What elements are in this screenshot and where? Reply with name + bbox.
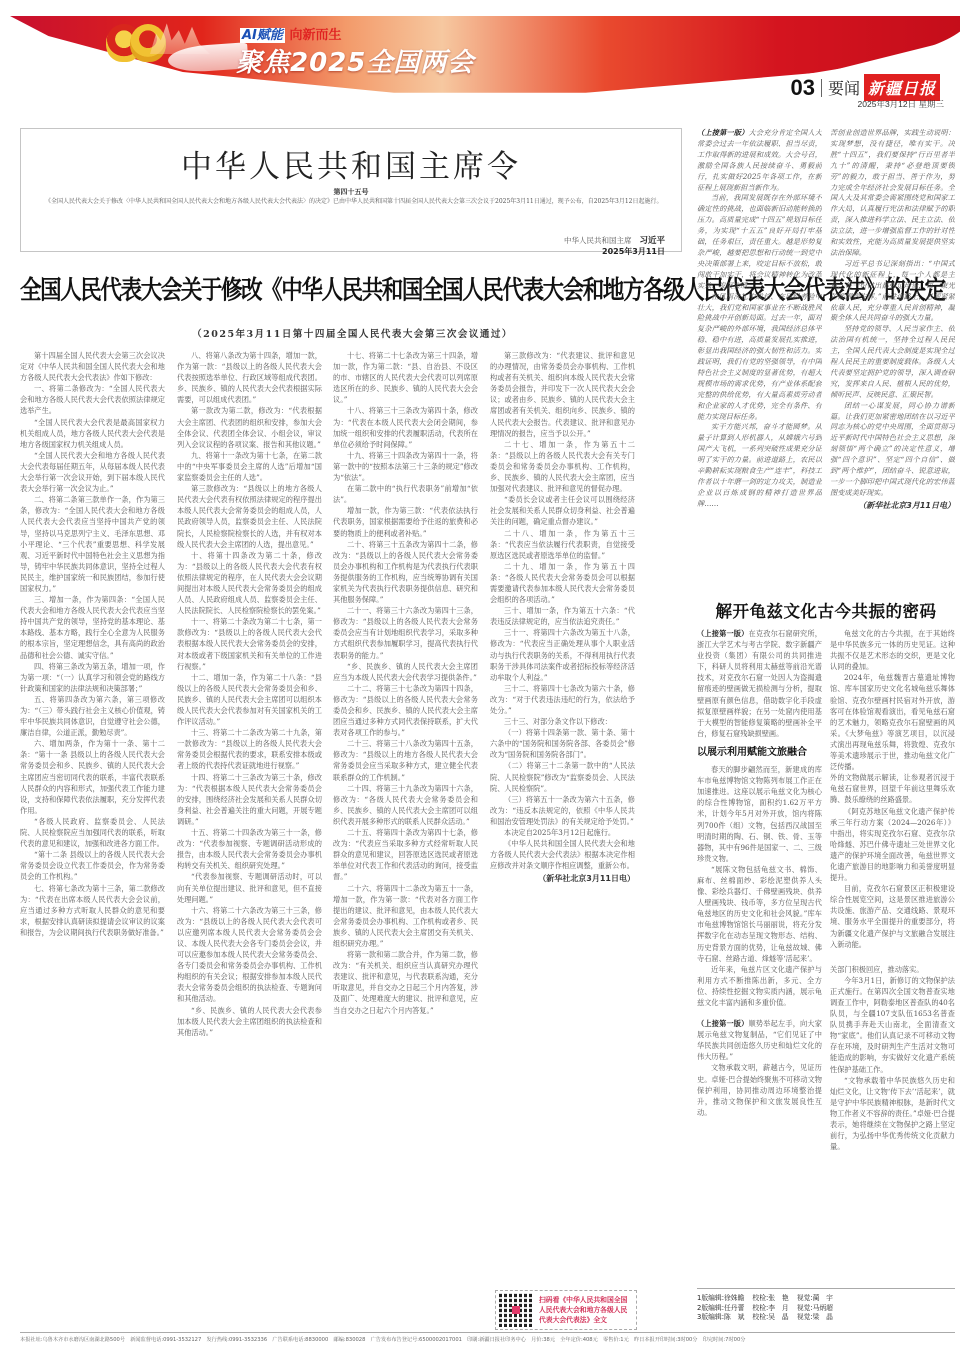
continued-from-label: （上接第一版） xyxy=(697,128,749,137)
qr-notice-box[interactable]: 扫码看《中华人民共和国全国人民代表大会和地方各级人民代表大会代表法》全文 xyxy=(495,1290,637,1330)
paragraph: 2024年，龟兹魏晋古墓遗址博物馆、库车国家历史文化名城龟兹乐舞体验馆、克孜尔壁… xyxy=(830,672,955,772)
paragraph: 龟兹文化的古今共振，在于其始终是中华民族多元一体的历史见证。这种共振不仅是艺术形… xyxy=(830,628,955,672)
qiuci-article-headline: 解开龟兹文化古今共振的密码 xyxy=(697,598,955,622)
paragraph: 外的文物做展示解读，让参观者沉浸于龟兹石窟世界，回望千年前这里舞乐欢腾、鼓乐缭绕… xyxy=(830,772,955,805)
paragraph: 十、将第十四条改为第二十条，修改为：“县级以上的各级人民代表大会代表有权依照法律… xyxy=(177,550,322,617)
paragraph: 实干方能兴邦，奋斗才能圆梦。从量子计算到人形机器人，从嫦娥六号到国产大飞机，一系… xyxy=(697,422,822,509)
editor-credits: 1版编辑:徐姝瞻 校检:张 艳 视觉:蔺 宇 2版编辑:任丹蕾 校检:李 月 视… xyxy=(697,1294,955,1323)
paragraph: 十八、将第三十三条改为第四十条，修改为：“代表在本级人民代表大会闭会期间，参加统… xyxy=(333,405,478,449)
paragraph: 第三款修改为：“县级以上的地方各级人民代表大会代表有权依照法律规定的程序提出本级… xyxy=(177,483,322,550)
proofreader: 校检:李 月 xyxy=(752,1304,788,1314)
credit-row: 1版编辑:徐姝瞻 校检:张 艳 视觉:蔺 宇 xyxy=(697,1294,955,1304)
paragraph: （二）将第三十二条第一款中的“人民法院、人民检察院”修改为“监察委员会、人民法院… xyxy=(490,760,635,793)
signer-name: 习近平 xyxy=(639,236,665,246)
section-divider xyxy=(821,79,822,97)
paragraph: 《阿克苏地区龟兹文化遗产保护传承三年行动方案（2024—2026年）》中指出，将… xyxy=(830,806,955,884)
section-name: 要闻 xyxy=(828,76,860,99)
order-signature: 中华人民共和国主席习近平 xyxy=(564,234,665,246)
qiuci-column-1: （上接第一版）在克孜尔石窟研究所，浙江大学艺术与考古学院、数字新疆产业投资（集团… xyxy=(697,628,822,1278)
paragraph: “文物承载着中华民族悠久历史和灿烂文化，让文物‘传下去’‘活起来’，就是守护中华… xyxy=(830,1075,955,1153)
paragraph: 当前，我国发展既存在外部环境不确定性的挑战，也面临新旧动能转换的压力。高质量完成… xyxy=(697,193,822,291)
paragraph: （上接第一版）大会充分肯定全国人大常委会过去一年依法履职、担当尽责，工作取得新的… xyxy=(697,128,822,193)
paragraph: 二十九、增加一条，作为第五十四条：“各级人民代表大会常务委员会可以根据需要邀请代… xyxy=(490,561,635,605)
footer-divider xyxy=(20,1332,955,1333)
paragraph: 二十六、将第四十二条改为第五十一条，增加一款，作为第一款：“代表对各方面工作提出… xyxy=(333,883,478,950)
paragraph: 十七、将第二十七条改为第三十四条，增加一款，作为第二款：“县、自治县、不设区的市… xyxy=(333,350,478,405)
paragraph: 十四、将第二十三条改为第三十条，修改为：“代表根据本级人民代表大会常务委员会的安… xyxy=(177,772,322,827)
order-date: 2025年3月11日 xyxy=(602,246,665,257)
paragraph: 三十二、将第四十七条改为第六十条，修改为：“对于代表违法违纪的行为，依法给予处分… xyxy=(490,683,635,716)
paragraph: 二十五、将第四十条改为第四十七条，修改为：“代表应当采取多种方式经常听取人民群众… xyxy=(333,827,478,882)
proofreader: 校检:吴 晶 xyxy=(752,1313,788,1323)
paragraph: 第一款改为第二款，修改为：“代表根据大会主席团、代表团的组织和安排，参加大会全体… xyxy=(177,405,322,449)
paragraph: 三、增加一条，作为第四条：“全国人民代表大会和地方各级人民代表大会代表应当坚持中… xyxy=(20,594,165,661)
commentary-dateline: （新华社北京3月11日电） xyxy=(830,501,955,512)
decision-headline: 全国人民代表大会关于修改《中华人民共和国全国人民代表大会和地方各级人民代表大会代… xyxy=(20,270,685,307)
paragraph: “全国人民代表大会代表是最高国家权力机关组成人员，地方各级人民代表大会代表是地方… xyxy=(20,417,165,450)
paragraph: “第十二条 县级以上的各级人民代表大会常务委员会设立代表工作委员会，作为常务委员… xyxy=(20,849,165,882)
paragraph: 十六、将第二十六条改为第三十三条，修改为：“县级以上的各级人民代表大会代表可以应… xyxy=(177,905,322,1005)
slogan-text: 向新而生 xyxy=(289,28,341,43)
paragraph: “全国人民代表大会和地方各级人民代表大会代表每届任期五年，从每届本级人民代表大会… xyxy=(20,450,165,494)
paragraph: 二十四、将第三十九条改为第四十六条，修改为：“各级人民代表大会常务委员会和乡、民… xyxy=(333,783,478,827)
decision-column-3: 十七、将第二十七条改为第三十四条，增加一款，作为第二款：“县、自治县、不设区的市… xyxy=(333,350,478,1335)
paragraph: “乡、民族乡、镇的人民代表大会代表参加本级人民代表大会主席团组织的执法检查和其他… xyxy=(177,1005,322,1038)
qiuci-subheading: 以展示利用赋能文旅融合 xyxy=(697,747,822,758)
decision-column-2: 八、将第八条改为第十四条，增加一款，作为第一款：“县级以上的各级人民代表大会代表… xyxy=(177,350,322,1335)
paragraph: 团结一心谋发展，同心协力谱新篇。让我们更加紧密地团结在以习近平同志为核心的党中央… xyxy=(830,401,955,499)
qr-notice-text: 扫码看《中华人民共和国全国人民代表大会和地方各级人民代表大会代表法》全文 xyxy=(539,1295,633,1325)
signer-title: 中华人民共和国主席 xyxy=(564,236,632,245)
paragraph: 十五、将第二十四条改为第三十一条，修改为：“代表参加视察、专题调研活动形成的报告… xyxy=(177,827,322,871)
paragraph: 四、将第三条改为第五条，增加一项，作为第一项：“（一）认真学习和领会党的路线方针… xyxy=(20,661,165,694)
paragraph: 关部门积极回应，推动落实。 xyxy=(830,964,955,975)
order-title: 中华人民共和国主席令 xyxy=(21,141,681,186)
continued-from-label: （上接第一版） xyxy=(697,629,749,638)
paragraph: 九、将第十一条改为第十七条，在第二款中的“中央军事委员会主席的人选”后增加“国家… xyxy=(177,450,322,483)
paragraph: 习近平总书记深刻指出：“中国式现代化的新征程上，每一个人都是主角，每一份付出都弥… xyxy=(830,259,955,324)
paragraph: 二十一、将第三十六条改为第四十三条，修改为：“县级以上的各级人民代表大会常务委员… xyxy=(333,605,478,660)
paragraph: 第十四届全国人民代表大会第三次会议决定对《中华人民共和国全国人民代表大会和地方各… xyxy=(20,350,165,383)
commentary-column-2: 苦创业创造世界品牌，实践生动说明：实现梦想，没有捷径，唯有实干。决胜“十四五”，… xyxy=(830,128,955,598)
editor: 1版编辑:徐姝瞻 xyxy=(697,1294,744,1304)
paragraph: 文物承载文明，薪越古今，见证历史。卓娅·巴合提始终聚焦不可移动文物保护利用，协同… xyxy=(697,1062,822,1117)
qr-code-icon[interactable] xyxy=(499,1293,533,1327)
paragraph: 二十七、增加一条，作为第五十二条：“县级以上的各级人民代表大会有关专门委员会和常… xyxy=(490,439,635,494)
paragraph: （三）将第五十一条改为第六十五条，修改为：“违反本法规定的，依照《中华人民共和国… xyxy=(490,794,635,827)
paragraph: 二十八、增加一条，作为第五十三条：“代表应当依法履行代表职责，自觉接受原选区选民… xyxy=(490,528,635,561)
page-meta: 03 要闻 新疆日报 xyxy=(790,74,940,101)
paragraph: （一）将第十四条第一款、第十条、第十六条中的“国务院和国务院各部、各委员会”修改… xyxy=(490,727,635,760)
decision-subtitle: （2025年3月11日第十四届全国人民代表大会第三次会议通过） xyxy=(20,326,685,340)
commentary-column-1: （上接第一版）大会充分肯定全国人大常委会过去一年依法履职、担当尽责，工作取得新的… xyxy=(697,128,822,598)
banner-slogan: AI赋能 向新而生 xyxy=(240,24,341,43)
proofreader: 校检:张 艳 xyxy=(752,1294,788,1304)
paragraph: 今年3月1日，新修订的文物保护法正式施行。在第四次全国文物普查实地调查工作中，阿… xyxy=(830,975,955,1075)
paragraph: 五、将第四条改为第六条，第三项修改为：“（三）带头践行社会主义核心价值观，铸牢中… xyxy=(20,694,165,738)
paragraph: 八、将第八条改为第十四条，增加一款，作为第一款：“县级以上的各级人民代表大会代表… xyxy=(177,350,322,405)
visual-designer: 视觉:马炳超 xyxy=(797,1304,833,1314)
paragraph: 十九、将第三十四条改为第四十一条，将第一款中的“按照本法第三十三条的规定”修改为… xyxy=(333,450,478,483)
paragraph: 二十三、将第三十八条改为第四十五条，修改为：“县级以上的地方各级人民代表大会常务… xyxy=(333,738,478,782)
paragraph: （上接第一版）顺势举起左手，向大家展示龟兹文物复制品，“它们见证了中华民族共同创… xyxy=(697,1018,822,1062)
paragraph: 二、将第二条第三款单作一条，作为第三条，修改为：“全国人民代表大会和地方各级人民… xyxy=(20,494,165,594)
paragraph: 《中华人民共和国全国人民代表大会和地方各级人民代表大会代表法》根据本决定作相应修… xyxy=(490,838,635,871)
decision-dateline: （新华社北京3月11日电） xyxy=(490,873,635,884)
paragraph: 增加一款，作为第三款：“代表依法执行代表职务，国家根据需要给予往返的旅费和必要的… xyxy=(333,505,478,538)
paragraph: 二十、将第三十五条改为第四十二条，修改为：“县级以上的各级人民代表大会常务委员会… xyxy=(333,539,478,606)
editor: 2版编辑:任丹蕾 xyxy=(697,1304,744,1314)
paragraph: 十二、增加一条，作为第二十八条：“县级以上的各级人民代表大会常务委员会和乡、民族… xyxy=(177,672,322,727)
paragraph: 坚持党的领导、人民当家作主、依法治国有机统一，坚持全过程人民民主，全国人民代表大… xyxy=(830,324,955,400)
order-number: 第四十五号 xyxy=(21,187,681,197)
issue-date: 2025年3月12日 星期三 xyxy=(858,98,944,110)
paragraph: 二十二、将第三十七条改为第四十四条，修改为：“县级以上的各级人民代表大会常务委员… xyxy=(333,683,478,738)
editor: 3版编辑:陈 斌 xyxy=(697,1313,744,1323)
paragraph: “各级人民政府、监察委员会、人民法院、人民检察院应当加强同代表的联系，听取代表的… xyxy=(20,816,165,849)
order-body: 《全国人民代表大会关于修改〈中华人民共和国全国人民代表大会和地方各级人民代表大会… xyxy=(33,197,669,206)
paragraph: “乡、民族乡、镇的人民代表大会主席团应当为本级人民代表大会代表学习提供条件。” xyxy=(333,661,478,683)
paragraph: 在风雨洗礼中成长、在历经考验中壮大，我们党和国家事业在不断战胜风险挑战中开创新局… xyxy=(697,292,822,423)
paragraph: （上接第一版）在克孜尔石窟研究所，浙江大学艺术与考古学院、数字新疆产业投资（集团… xyxy=(697,628,822,739)
paragraph: “代表参加视察、专题调研活动时，可以向有关单位提出建议、批评和意见，但不直接处理… xyxy=(177,871,322,904)
page-number: 03 xyxy=(790,75,814,101)
paragraph: 目前，克孜尔石窟景区正积极建设综合性展览空间，这是景区推进旅游公共设施、旅游产品… xyxy=(830,883,955,950)
paragraph: 苦创业创造世界品牌，实践生动说明：实现梦想，没有捷径，唯有实干。决胜“十四五”，… xyxy=(830,128,955,259)
paragraph: 六、增加两条，作为第十一条、第十二条：“第十一条 县级以上的各级人民代表大会常务… xyxy=(20,738,165,816)
continued-from-label: （上接第一版） xyxy=(697,1019,749,1028)
paragraph: 十一、将第二十条改为第二十七条，第一款修改为：“县级以上的各级人民代表大会代表根… xyxy=(177,616,322,671)
paragraph: 七、将第七条改为第十三条，第二款修改为：“代表在出席本级人民代表大会会议前，应当… xyxy=(20,883,165,938)
paragraph: 一、将第二条修改为：“全国人民代表大会和地方各级人民代表大会代表依照法律规定选举… xyxy=(20,383,165,416)
paragraph: 在第二款中的“执行代表职务”前增加“依法”。 xyxy=(333,483,478,505)
paragraph: 三十一、将第四十六条改为第五十八条，修改为：“代表应当正确处理从事个人职业活动与… xyxy=(490,627,635,682)
credits-divider xyxy=(697,1288,955,1289)
paragraph: 本决定自2025年3月12日起施行。 xyxy=(490,827,635,838)
decision-column-1: 第十四届全国人民代表大会第三次会议决定对《中华人民共和国全国人民代表大会和地方各… xyxy=(20,350,165,1335)
paragraph: 近年来，龟兹片区文化遗产保护与利用方式不断推陈出新，多元、全方位、持续性挖掘文物… xyxy=(697,964,822,1008)
publisher-footer: 本报社址:乌鲁木齐市水磨沟区南湖北路500号 新闻监督电话:0991-35321… xyxy=(20,1336,955,1343)
banner-title: 聚焦2025全国两会 xyxy=(236,42,474,79)
credit-row: 2版编辑:任丹蕾 校检:李 月 视觉:马炳超 xyxy=(697,1304,955,1314)
qiuci-column-2: 龟兹文化的古今共振，在于其始终是中华民族多元一体的历史见证。这种共振不仅是艺术形… xyxy=(830,628,955,1278)
ai-empower-label: AI赋能 xyxy=(240,28,285,43)
credit-row: 3版编辑:陈 斌 校检:吴 晶 视觉:梁 晶 xyxy=(697,1313,955,1323)
presidential-order-box: 中华人民共和国主席令 第四十五号 《全国人民代表大会关于修改〈中华人民共和国全国… xyxy=(20,128,682,252)
decision-column-4: 第三款修改为：“代表建议、批评和意见的办理情况，由常务委员会办事机构、工作机构或… xyxy=(490,350,635,1210)
paragraph: 十三、将第二十二条改为第二十九条，第一款修改为：“县级以上的各级人民代表大会常务… xyxy=(177,727,322,771)
paragraph: 第三款修改为：“代表建议、批评和意见的办理情况，由常务委员会办事机构、工作机构或… xyxy=(490,350,635,439)
visual-designer: 视觉:梁 晶 xyxy=(797,1313,833,1323)
paragraph: 将第一款和第二款合并，作为第二款，修改为：“有关机关、组织应当认真研究办理代表建… xyxy=(333,949,478,1016)
paragraph: 三十、增加一条，作为第五十六条：“代表违反法律规定的，应当依法追究责任。” xyxy=(490,605,635,627)
paragraph: 春天的脚步翩然而至，新建成的库车市龟兹博物馆文物陈列布展工作正在加速推进。这座以… xyxy=(697,764,822,864)
paragraph: “委员长会议或者主任会议可以围绕经济社会发展和关系人民群众切身利益、社会普遍关注… xyxy=(490,494,635,527)
newspaper-logo: 新疆日报 xyxy=(864,74,940,101)
visual-designer: 视觉:蔺 宇 xyxy=(797,1294,833,1304)
paragraph: “展陈文物包括龟兹文书、棉饰、麻布、丝棉面纱、彩绘泥塑供养人头像、彩绘兵器灯、千… xyxy=(697,864,822,964)
paragraph: 三十三、对部分条文作以下修改： xyxy=(490,716,635,727)
